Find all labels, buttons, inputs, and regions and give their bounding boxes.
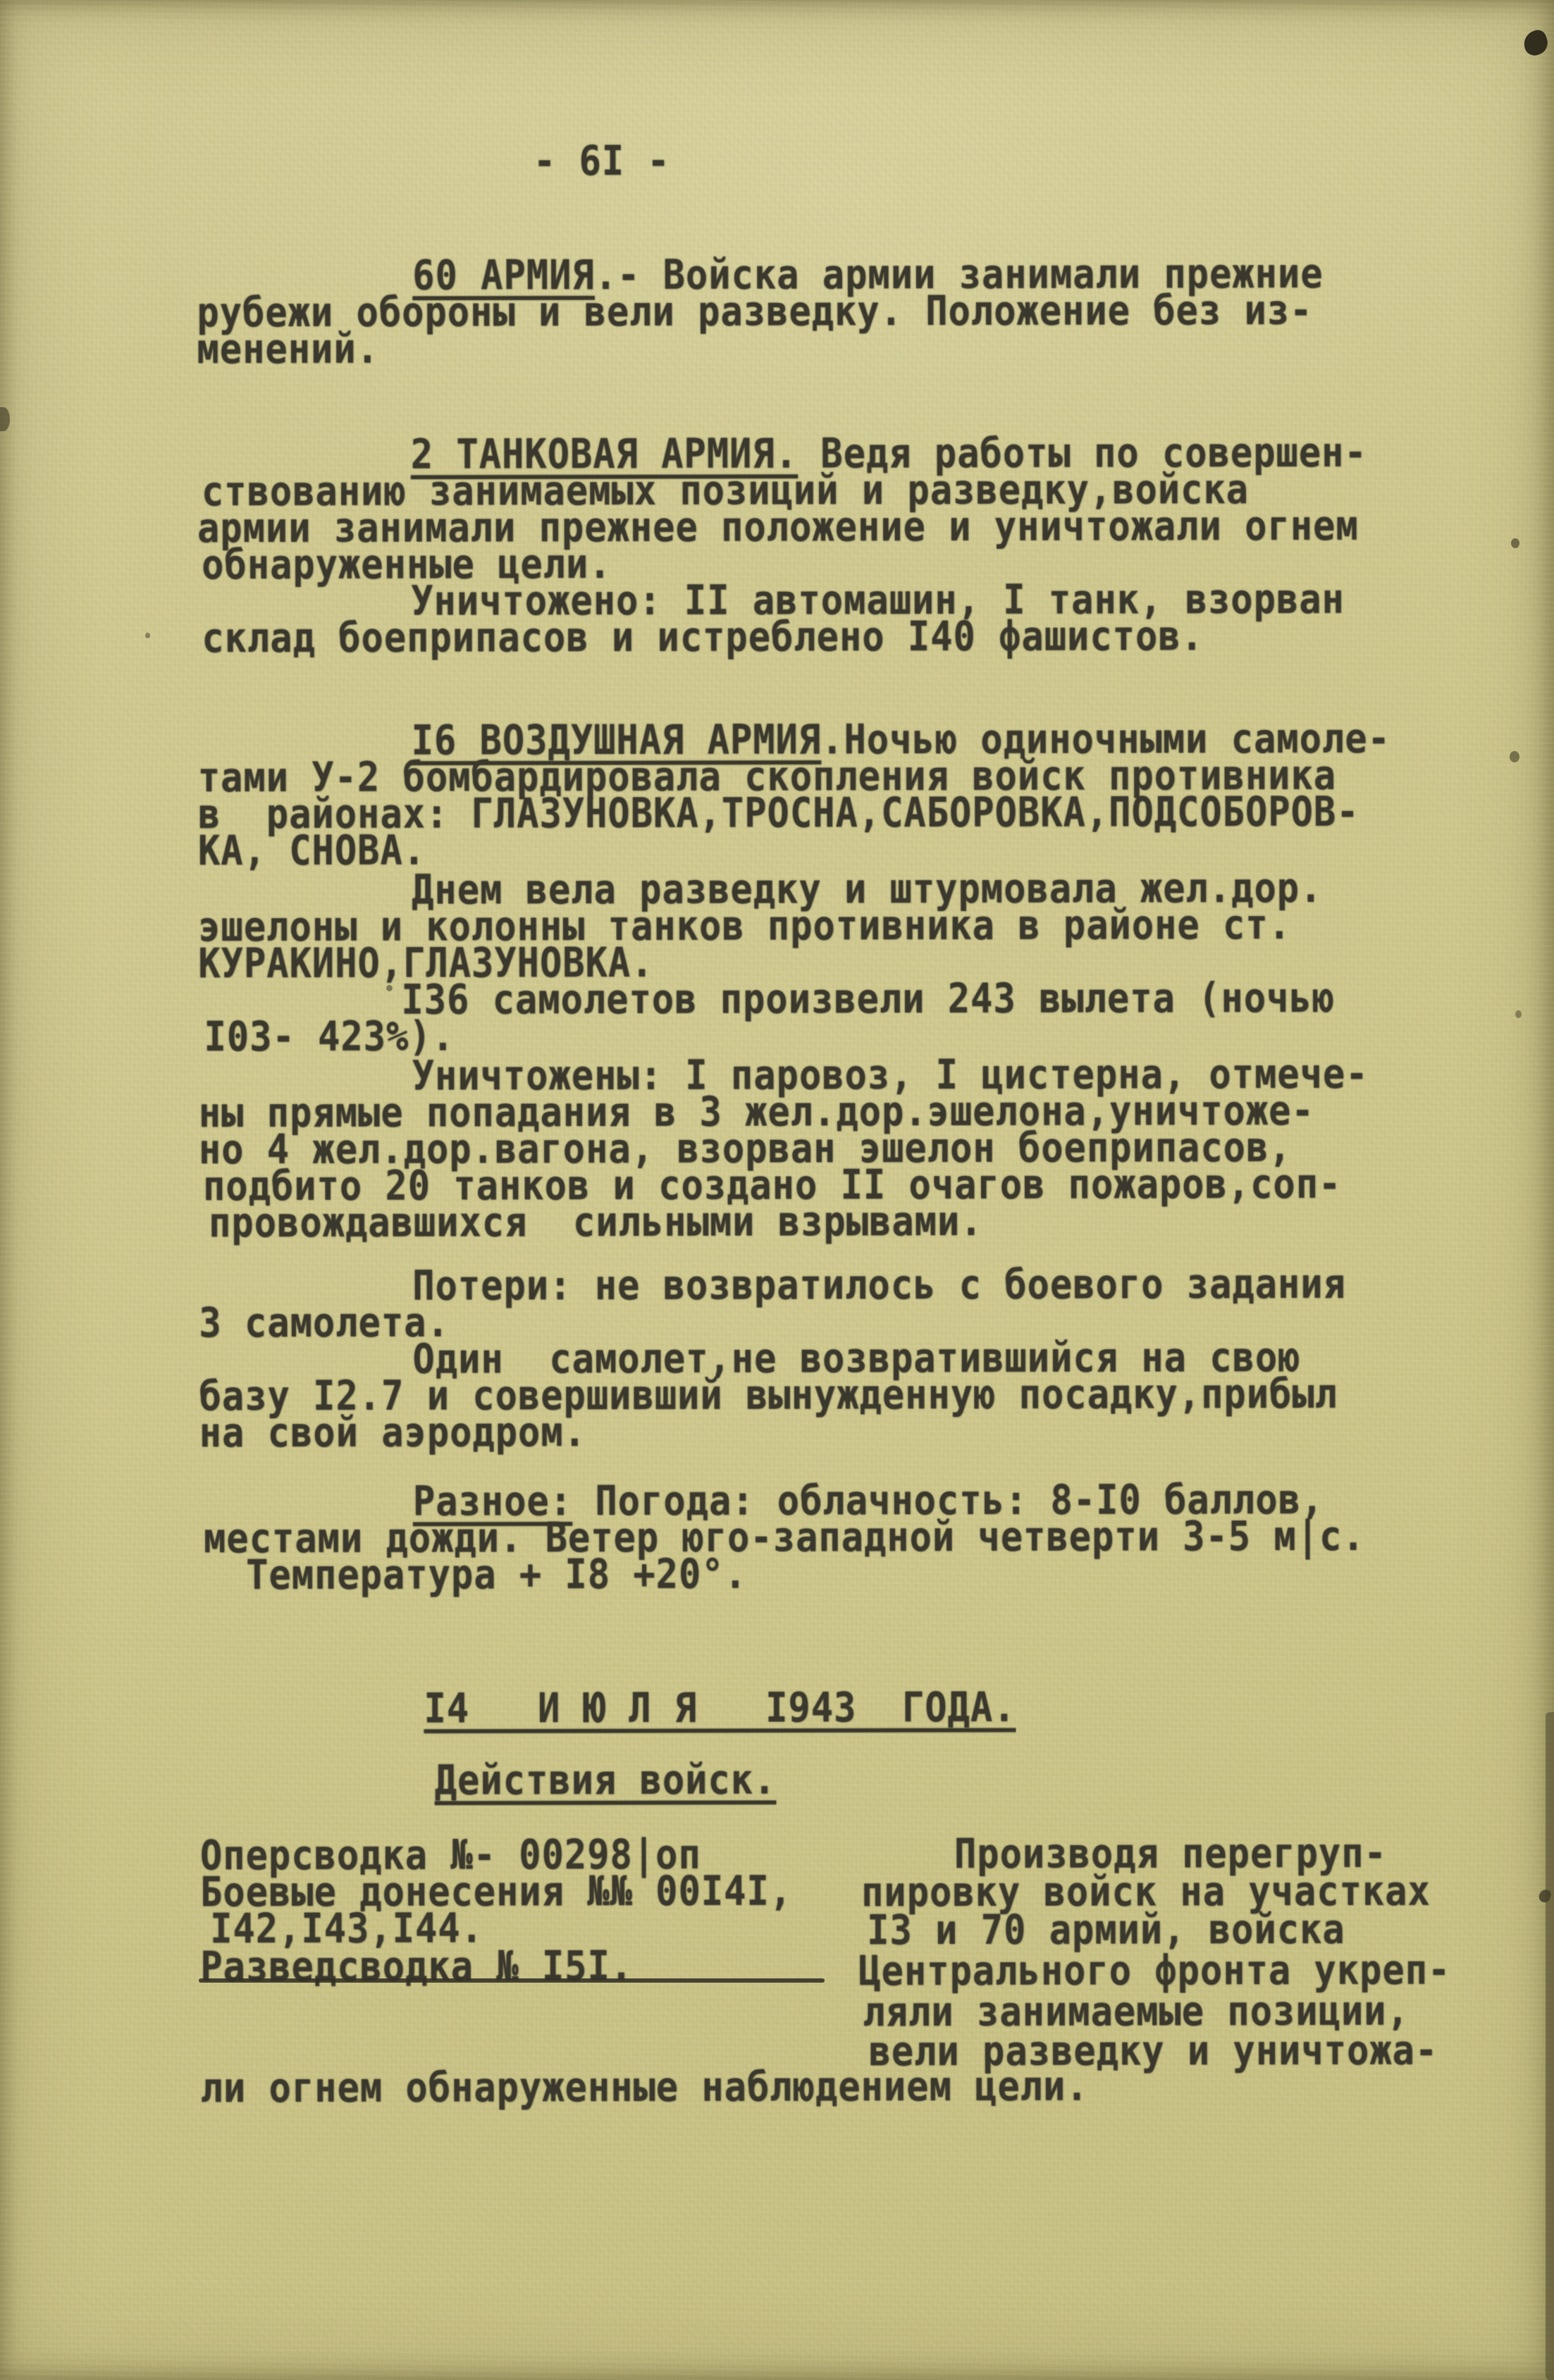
flyspeck <box>386 985 393 991</box>
ink-blot <box>1520 27 1551 58</box>
right-speck-1 <box>1511 538 1519 548</box>
stains-layer <box>0 0 1554 2380</box>
left-edge-mark <box>0 407 10 431</box>
margin-dot <box>145 633 150 638</box>
right-speck-2 <box>1510 751 1519 762</box>
refs-underline-rule <box>199 1978 825 1983</box>
document-page: - 6I -60 АРМИЯ.- Войска армии занимали п… <box>0 0 1554 2380</box>
right-speck-3 <box>1515 1010 1522 1018</box>
right-edge-strip <box>1546 1712 1554 2380</box>
